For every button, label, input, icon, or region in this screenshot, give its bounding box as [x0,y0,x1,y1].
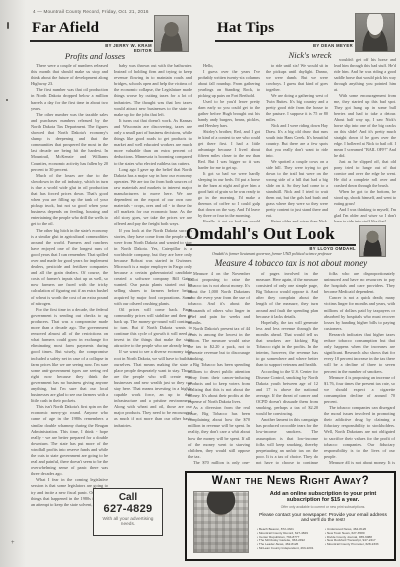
far-afield-subtitle: Profits and losses [30,51,160,61]
masthead-dateline: 4 — Mountrail County Record, Friday, Oct… [33,9,149,14]
far-afield-rule [30,40,153,42]
jerry-kram-photo [154,15,189,52]
hat-tips-column-3: wouldn't get off his horse and lead him … [334,57,396,222]
omdahl-credit-line: Omdahl is former lieutenant governor, fo… [186,252,358,256]
hat-tips-byline: BY DEAN MEYER [260,43,353,48]
omdahl-column-2: of pages involved in the measure. Here a… [256,271,318,467]
scan-speck [6,99,8,101]
call-ad-phone: 627-4829 [94,503,162,515]
omdahl-column-1: Measure 4 on the November ballot proposi… [188,271,250,467]
news-ad-text: Add an online subscription to your print… [255,491,391,551]
news-ad-paper-list: • Beach Beacon, 872-4321• Mountrail Coun… [255,528,391,551]
news-ad-body: Add an online subscription to your print… [191,491,391,556]
call-ad-tagline: With all your advertising needs. [94,517,162,528]
news-ad-offer: Add an online subscription to your print… [255,491,391,504]
online-subscription-ad: Want the News Right Away? Add an online … [185,471,396,561]
news-ad-fine-print: Offer only available to current or new p… [255,505,391,509]
omdahl-byline: BY LLOYD OMDAHL [264,246,356,251]
hat-tips-title: Hat Tips [217,20,274,37]
far-afield-title: Far Afield [32,20,99,37]
hat-tips-column-2: to ride until six! We would sit in the p… [266,63,328,222]
far-afield-column-1: There were a couple of numbers released … [31,63,108,542]
paper-list-right: • Underwood News, 462-8126• New Town New… [325,528,389,551]
paper-list-left: • Beach Beacon, 872-4321• Mountrail Coun… [257,528,321,551]
excited-reader-photo [193,491,249,553]
call-advertising-ad: Call 627-4829 With all your advertising … [93,488,163,536]
omdahl-subtitle: Measure 4 tobacco tax is not about money [186,258,396,268]
far-afield-column-2: baby was thrown out with the bathwater. … [114,63,192,470]
newspaper-page: + 4 — Mountrail County Record, Friday, O… [0,0,400,567]
news-ad-contact: Please contact your newspaper: Provide y… [255,513,391,524]
omdahl-column-3: folks who are disproportionately uninsur… [324,271,395,467]
dean-meyer-photo [355,13,395,52]
news-ad-headline: Want the News Right Away? [187,475,394,487]
call-ad-word: Call [94,492,162,503]
omdahl-title: Omdahl's Out Look [186,224,335,244]
registration-mark: + [11,540,15,546]
hat-tips-column-1: Hello,I guess over the years I've probab… [198,63,260,222]
hat-tips-rule [215,40,354,42]
lloyd-omdahl-photo [359,225,386,257]
scan-speck [7,22,9,29]
